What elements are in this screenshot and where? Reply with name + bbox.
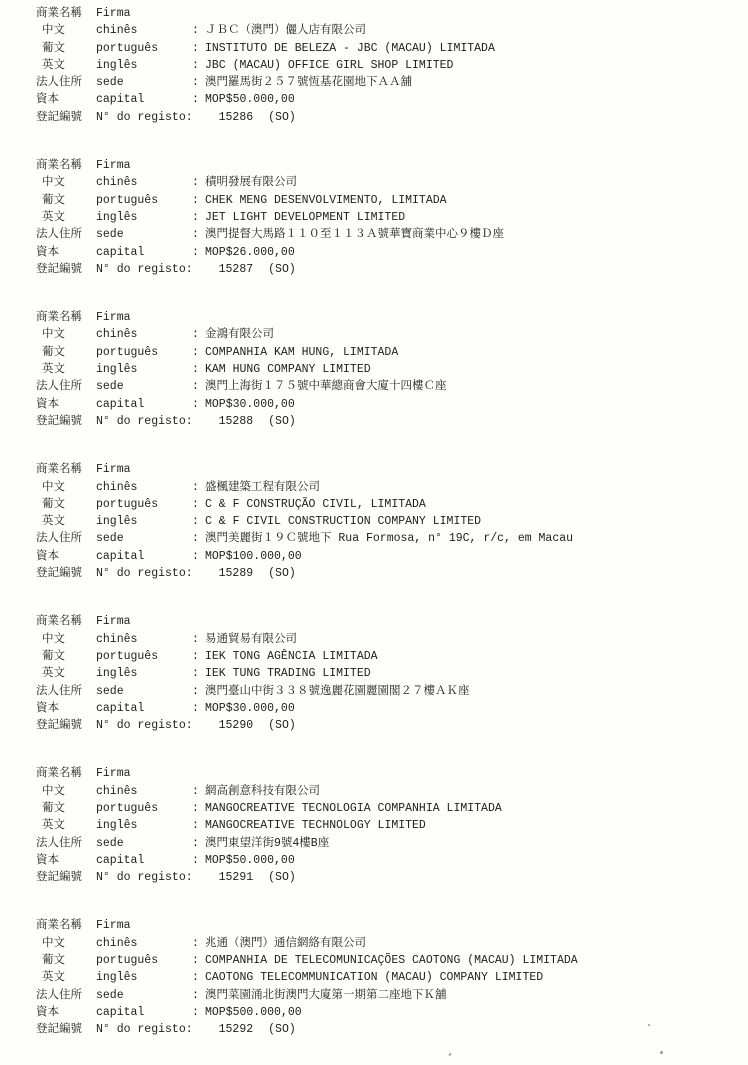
label-portuguese-zh: 葡文 bbox=[36, 344, 96, 361]
label-capital-pt: capital bbox=[96, 548, 192, 565]
label-english-zh: 英文 bbox=[36, 57, 96, 74]
label-english-zh: 英文 bbox=[36, 209, 96, 226]
registration-number-row: 登記編號 N° do registo: 15286 (SO) bbox=[36, 109, 748, 126]
registration-number-row: 登記編號 N° do registo: 15290 (SO) bbox=[36, 717, 748, 734]
colon: : bbox=[192, 631, 205, 648]
label-address-zh: 法人住所 bbox=[36, 74, 96, 91]
label-capital-zh: 資本 bbox=[36, 1004, 96, 1021]
english-name-row: 英文 inglês : IEK TUNG TRADING LIMITED bbox=[36, 665, 748, 682]
label-registration-pt: N° do registo: bbox=[96, 717, 193, 734]
registration-suffix: (SO) bbox=[268, 413, 296, 430]
company-registration-entry: 商業名稱 Firma 中文 chinês : ＪＢＣ（澳門）儷人店有限公司 葡文… bbox=[36, 5, 748, 126]
label-address-pt: sede bbox=[96, 987, 192, 1004]
chinese-name-value: 金鴻有限公司 bbox=[205, 326, 748, 343]
label-english-pt: inglês bbox=[96, 361, 192, 378]
chinese-name-value: 網高創意科技有限公司 bbox=[205, 783, 748, 800]
label-chinese-zh: 中文 bbox=[36, 935, 96, 952]
chinese-name-row: 中文 chinês : 兆通（澳門）通信網絡有限公司 bbox=[36, 935, 748, 952]
label-chinese-zh: 中文 bbox=[36, 631, 96, 648]
label-business-name-zh: 商業名稱 bbox=[36, 5, 96, 22]
capital-value: MOP$30.000,00 bbox=[205, 396, 748, 413]
registration-number-value: 15289 bbox=[219, 565, 254, 582]
label-english-zh: 英文 bbox=[36, 513, 96, 530]
registered-address-row: 法人住所 sede : 澳門東望洋街9號4樓B座 bbox=[36, 835, 748, 852]
colon: : bbox=[192, 396, 205, 413]
label-portuguese-zh: 葡文 bbox=[36, 800, 96, 817]
registered-address-value: 澳門美麗街１９Ｃ號地下 Rua Formosa, n° 19C, r/c, em… bbox=[205, 530, 748, 547]
label-capital-zh: 資本 bbox=[36, 244, 96, 261]
label-address-zh: 法人住所 bbox=[36, 530, 96, 547]
registry-entries: 商業名稱 Firma 中文 chinês : ＪＢＣ（澳門）儷人店有限公司 葡文… bbox=[36, 5, 748, 1039]
colon: : bbox=[192, 935, 205, 952]
chinese-name-row: 中文 chinês : 盛楓建築工程有限公司 bbox=[36, 479, 748, 496]
label-registration-zh: 登記編號 bbox=[36, 565, 96, 582]
registration-number-value: 15286 bbox=[219, 109, 254, 126]
scan-artifact bbox=[448, 1053, 451, 1057]
english-name-row: 英文 inglês : JBC (MACAU) OFFICE GIRL SHOP… bbox=[36, 57, 748, 74]
registration-suffix: (SO) bbox=[268, 1021, 296, 1038]
registered-address-row: 法人住所 sede : 澳門美麗街１９Ｃ號地下 Rua Formosa, n° … bbox=[36, 530, 748, 547]
label-address-zh: 法人住所 bbox=[36, 683, 96, 700]
english-name-value: IEK TUNG TRADING LIMITED bbox=[205, 665, 748, 682]
chinese-name-row: 中文 chinês : 易通貿易有限公司 bbox=[36, 631, 748, 648]
label-chinese-pt: chinês bbox=[96, 479, 192, 496]
chinese-name-row: 中文 chinês : 積明發展有限公司 bbox=[36, 174, 748, 191]
registration-number-row: 登記編號 N° do registo: 15287 (SO) bbox=[36, 261, 748, 278]
label-portuguese-zh: 葡文 bbox=[36, 648, 96, 665]
label-business-name-zh: 商業名稱 bbox=[36, 461, 96, 478]
label-english-pt: inglês bbox=[96, 513, 192, 530]
colon: : bbox=[192, 57, 205, 74]
registration-suffix: (SO) bbox=[268, 717, 296, 734]
label-chinese-zh: 中文 bbox=[36, 783, 96, 800]
registration-suffix: (SO) bbox=[268, 565, 296, 582]
label-address-pt: sede bbox=[96, 74, 192, 91]
label-business-name-pt: Firma bbox=[96, 157, 192, 174]
capital-value: MOP$50.000,00 bbox=[205, 91, 748, 108]
english-name-row: 英文 inglês : JET LIGHT DEVELOPMENT LIMITE… bbox=[36, 209, 748, 226]
label-registration-zh: 登記編號 bbox=[36, 261, 96, 278]
portuguese-name-value: IEK TONG AGÊNCIA LIMITADA bbox=[205, 648, 748, 665]
label-capital-pt: capital bbox=[96, 700, 192, 717]
chinese-name-value: 盛楓建築工程有限公司 bbox=[205, 479, 748, 496]
portuguese-name-value: CHEK MENG DESENVOLVIMENTO, LIMITADA bbox=[205, 192, 748, 209]
colon: : bbox=[192, 74, 205, 91]
portuguese-name-row: 葡文 português : C & F CONSTRUÇÃO CIVIL, L… bbox=[36, 496, 748, 513]
label-english-pt: inglês bbox=[96, 665, 192, 682]
colon: : bbox=[192, 513, 205, 530]
label-registration-pt: N° do registo: bbox=[96, 261, 193, 278]
capital-row: 資本 capital : MOP$50.000,00 bbox=[36, 852, 748, 869]
registered-address-value: 澳門羅馬街２５７號恆基花園地下ＡＡ舖 bbox=[205, 74, 748, 91]
portuguese-name-row: 葡文 português : IEK TONG AGÊNCIA LIMITADA bbox=[36, 648, 748, 665]
registration-number-row: 登記編號 N° do registo: 15289 (SO) bbox=[36, 565, 748, 582]
label-address-pt: sede bbox=[96, 530, 192, 547]
colon: : bbox=[192, 326, 205, 343]
company-registration-entry: 商業名稱 Firma 中文 chinês : 易通貿易有限公司 葡文 portu… bbox=[36, 613, 748, 734]
colon: : bbox=[192, 344, 205, 361]
registration-suffix: (SO) bbox=[268, 109, 296, 126]
label-chinese-zh: 中文 bbox=[36, 174, 96, 191]
registration-suffix: (SO) bbox=[268, 261, 296, 278]
capital-value: MOP$500.000,00 bbox=[205, 1004, 748, 1021]
registered-address-row: 法人住所 sede : 澳門上海街１７５號中華總商會大廈十四樓Ｃ座 bbox=[36, 378, 748, 395]
capital-value: MOP$26.000,00 bbox=[205, 244, 748, 261]
colon: : bbox=[192, 987, 205, 1004]
english-name-value: JBC (MACAU) OFFICE GIRL SHOP LIMITED bbox=[205, 57, 748, 74]
label-registration-pt: N° do registo: bbox=[96, 1021, 193, 1038]
capital-value: MOP$50.000,00 bbox=[205, 852, 748, 869]
colon: : bbox=[192, 683, 205, 700]
colon: : bbox=[192, 1004, 205, 1021]
label-capital-pt: capital bbox=[96, 91, 192, 108]
scan-artifact bbox=[648, 1024, 650, 1026]
english-name-value: C & F CIVIL CONSTRUCTION COMPANY LIMITED bbox=[205, 513, 748, 530]
colon: : bbox=[192, 700, 205, 717]
label-portuguese-pt: português bbox=[96, 344, 192, 361]
firma-row: 商業名稱 Firma bbox=[36, 613, 748, 630]
label-portuguese-zh: 葡文 bbox=[36, 496, 96, 513]
registration-number-value: 15288 bbox=[219, 413, 254, 430]
label-registration-pt: N° do registo: bbox=[96, 413, 193, 430]
registration-number-value: 15292 bbox=[219, 1021, 254, 1038]
label-registration-zh: 登記編號 bbox=[36, 109, 96, 126]
label-chinese-pt: chinês bbox=[96, 22, 192, 39]
registration-number-value: 15287 bbox=[219, 261, 254, 278]
registration-number-value: 15291 bbox=[219, 869, 254, 886]
colon: : bbox=[192, 648, 205, 665]
registered-address-value: 澳門東望洋街9號4樓B座 bbox=[205, 835, 748, 852]
label-capital-pt: capital bbox=[96, 396, 192, 413]
label-address-pt: sede bbox=[96, 378, 192, 395]
label-portuguese-pt: português bbox=[96, 40, 192, 57]
firma-row: 商業名稱 Firma bbox=[36, 917, 748, 934]
colon: : bbox=[192, 361, 205, 378]
capital-row: 資本 capital : MOP$100.000,00 bbox=[36, 548, 748, 565]
registration-suffix: (SO) bbox=[268, 869, 296, 886]
colon: : bbox=[192, 852, 205, 869]
label-portuguese-pt: português bbox=[96, 192, 192, 209]
colon: : bbox=[192, 378, 205, 395]
firma-row: 商業名稱 Firma bbox=[36, 765, 748, 782]
scan-artifact bbox=[660, 1051, 663, 1054]
label-capital-zh: 資本 bbox=[36, 548, 96, 565]
registered-address-value: 澳門提督大馬路１１０至１１３Ａ號華寶商業中心９樓Ｄ座 bbox=[205, 226, 748, 243]
registered-address-value: 澳門上海街１７５號中華總商會大廈十四樓Ｃ座 bbox=[205, 378, 748, 395]
english-name-row: 英文 inglês : MANGOCREATIVE TECHNOLOGY LIM… bbox=[36, 817, 748, 834]
label-portuguese-pt: português bbox=[96, 952, 192, 969]
capital-value: MOP$100.000,00 bbox=[205, 548, 748, 565]
label-english-zh: 英文 bbox=[36, 969, 96, 986]
colon: : bbox=[192, 530, 205, 547]
label-chinese-zh: 中文 bbox=[36, 479, 96, 496]
english-name-row: 英文 inglês : KAM HUNG COMPANY LIMITED bbox=[36, 361, 748, 378]
company-registration-entry: 商業名稱 Firma 中文 chinês : 盛楓建築工程有限公司 葡文 por… bbox=[36, 461, 748, 582]
label-registration-zh: 登記編號 bbox=[36, 413, 96, 430]
colon: : bbox=[192, 969, 205, 986]
label-capital-zh: 資本 bbox=[36, 700, 96, 717]
registration-number-row: 登記編號 N° do registo: 15288 (SO) bbox=[36, 413, 748, 430]
label-chinese-zh: 中文 bbox=[36, 326, 96, 343]
label-business-name-zh: 商業名稱 bbox=[36, 917, 96, 934]
chinese-name-row: 中文 chinês : 金鴻有限公司 bbox=[36, 326, 748, 343]
label-english-zh: 英文 bbox=[36, 817, 96, 834]
label-english-pt: inglês bbox=[96, 969, 192, 986]
registered-address-row: 法人住所 sede : 澳門菜園涌北街澳門大廈第一期第二座地下Ｋ舖 bbox=[36, 987, 748, 1004]
colon: : bbox=[192, 548, 205, 565]
portuguese-name-value: MANGOCREATIVE TECNOLOGIA COMPANHIA LIMIT… bbox=[205, 800, 748, 817]
portuguese-name-row: 葡文 português : INSTITUTO DE BELEZA - JBC… bbox=[36, 40, 748, 57]
firma-row: 商業名稱 Firma bbox=[36, 309, 748, 326]
company-registration-entry: 商業名稱 Firma 中文 chinês : 金鴻有限公司 葡文 portugu… bbox=[36, 309, 748, 430]
capital-row: 資本 capital : MOP$30.000,00 bbox=[36, 396, 748, 413]
gazette-registry-page: 商業名稱 Firma 中文 chinês : ＪＢＣ（澳門）儷人店有限公司 葡文… bbox=[0, 0, 748, 1065]
portuguese-name-value: C & F CONSTRUÇÃO CIVIL, LIMITADA bbox=[205, 496, 748, 513]
label-capital-zh: 資本 bbox=[36, 91, 96, 108]
label-registration-zh: 登記編號 bbox=[36, 1021, 96, 1038]
english-name-value: KAM HUNG COMPANY LIMITED bbox=[205, 361, 748, 378]
label-registration-zh: 登記編號 bbox=[36, 869, 96, 886]
label-business-name-pt: Firma bbox=[96, 461, 192, 478]
chinese-name-value: 積明發展有限公司 bbox=[205, 174, 748, 191]
portuguese-name-value: COMPANHIA KAM HUNG, LIMITADA bbox=[205, 344, 748, 361]
registration-number-row: 登記編號 N° do registo: 15291 (SO) bbox=[36, 869, 748, 886]
label-portuguese-zh: 葡文 bbox=[36, 952, 96, 969]
label-business-name-zh: 商業名稱 bbox=[36, 309, 96, 326]
registered-address-row: 法人住所 sede : 澳門提督大馬路１１０至１１３Ａ號華寶商業中心９樓Ｄ座 bbox=[36, 226, 748, 243]
capital-row: 資本 capital : MOP$500.000,00 bbox=[36, 1004, 748, 1021]
label-registration-zh: 登記編號 bbox=[36, 717, 96, 734]
label-portuguese-pt: português bbox=[96, 496, 192, 513]
label-english-zh: 英文 bbox=[36, 361, 96, 378]
colon: : bbox=[192, 952, 205, 969]
colon: : bbox=[192, 192, 205, 209]
label-chinese-zh: 中文 bbox=[36, 22, 96, 39]
capital-row: 資本 capital : MOP$26.000,00 bbox=[36, 244, 748, 261]
label-portuguese-pt: português bbox=[96, 648, 192, 665]
colon: : bbox=[192, 496, 205, 513]
colon: : bbox=[192, 226, 205, 243]
label-registration-pt: N° do registo: bbox=[96, 869, 193, 886]
label-capital-pt: capital bbox=[96, 244, 192, 261]
label-business-name-zh: 商業名稱 bbox=[36, 157, 96, 174]
label-capital-zh: 資本 bbox=[36, 396, 96, 413]
label-business-name-pt: Firma bbox=[96, 613, 192, 630]
label-portuguese-pt: português bbox=[96, 800, 192, 817]
label-registration-pt: N° do registo: bbox=[96, 109, 193, 126]
label-address-zh: 法人住所 bbox=[36, 835, 96, 852]
english-name-row: 英文 inglês : CAOTONG TELECOMMUNICATION (M… bbox=[36, 969, 748, 986]
chinese-name-value: 兆通（澳門）通信網絡有限公司 bbox=[205, 935, 748, 952]
company-registration-entry: 商業名稱 Firma 中文 chinês : 兆通（澳門）通信網絡有限公司 葡文… bbox=[36, 917, 748, 1038]
label-capital-zh: 資本 bbox=[36, 852, 96, 869]
colon: : bbox=[192, 209, 205, 226]
registered-address-value: 澳門臺山中街３３８號逸麗花園麗園閣２７樓ＡＫ座 bbox=[205, 683, 748, 700]
english-name-value: MANGOCREATIVE TECHNOLOGY LIMITED bbox=[205, 817, 748, 834]
portuguese-name-row: 葡文 português : COMPANHIA DE TELECOMUNICA… bbox=[36, 952, 748, 969]
colon: : bbox=[192, 783, 205, 800]
colon: : bbox=[192, 800, 205, 817]
chinese-name-value: ＪＢＣ（澳門）儷人店有限公司 bbox=[205, 22, 748, 39]
label-business-name-zh: 商業名稱 bbox=[36, 765, 96, 782]
label-address-zh: 法人住所 bbox=[36, 226, 96, 243]
portuguese-name-row: 葡文 português : COMPANHIA KAM HUNG, LIMIT… bbox=[36, 344, 748, 361]
chinese-name-row: 中文 chinês : ＪＢＣ（澳門）儷人店有限公司 bbox=[36, 22, 748, 39]
colon: : bbox=[192, 479, 205, 496]
label-business-name-pt: Firma bbox=[96, 765, 192, 782]
chinese-name-row: 中文 chinês : 網高創意科技有限公司 bbox=[36, 783, 748, 800]
company-registration-entry: 商業名稱 Firma 中文 chinês : 積明發展有限公司 葡文 portu… bbox=[36, 157, 748, 278]
company-registration-entry: 商業名稱 Firma 中文 chinês : 網高創意科技有限公司 葡文 por… bbox=[36, 765, 748, 886]
registered-address-value: 澳門菜園涌北街澳門大廈第一期第二座地下Ｋ舖 bbox=[205, 987, 748, 1004]
label-chinese-pt: chinês bbox=[96, 326, 192, 343]
label-business-name-pt: Firma bbox=[96, 309, 192, 326]
colon: : bbox=[192, 40, 205, 57]
label-business-name-pt: Firma bbox=[96, 917, 192, 934]
colon: : bbox=[192, 835, 205, 852]
label-english-pt: inglês bbox=[96, 817, 192, 834]
label-address-pt: sede bbox=[96, 226, 192, 243]
registration-number-value: 15290 bbox=[219, 717, 254, 734]
portuguese-name-value: COMPANHIA DE TELECOMUNICAÇÕES CAOTONG (M… bbox=[205, 952, 748, 969]
label-address-zh: 法人住所 bbox=[36, 987, 96, 1004]
label-capital-pt: capital bbox=[96, 1004, 192, 1021]
label-business-name-zh: 商業名稱 bbox=[36, 613, 96, 630]
english-name-value: JET LIGHT DEVELOPMENT LIMITED bbox=[205, 209, 748, 226]
firma-row: 商業名稱 Firma bbox=[36, 461, 748, 478]
label-address-zh: 法人住所 bbox=[36, 378, 96, 395]
portuguese-name-value: INSTITUTO DE BELEZA - JBC (MACAU) LIMITA… bbox=[205, 40, 748, 57]
registered-address-row: 法人住所 sede : 澳門羅馬街２５７號恆基花園地下ＡＡ舖 bbox=[36, 74, 748, 91]
colon: : bbox=[192, 244, 205, 261]
english-name-value: CAOTONG TELECOMMUNICATION (MACAU) COMPAN… bbox=[205, 969, 748, 986]
label-chinese-pt: chinês bbox=[96, 174, 192, 191]
firma-row: 商業名稱 Firma bbox=[36, 5, 748, 22]
label-chinese-pt: chinês bbox=[96, 631, 192, 648]
label-portuguese-zh: 葡文 bbox=[36, 192, 96, 209]
chinese-name-value: 易通貿易有限公司 bbox=[205, 631, 748, 648]
label-chinese-pt: chinês bbox=[96, 935, 192, 952]
label-portuguese-zh: 葡文 bbox=[36, 40, 96, 57]
label-address-pt: sede bbox=[96, 835, 192, 852]
colon: : bbox=[192, 174, 205, 191]
registered-address-row: 法人住所 sede : 澳門臺山中街３３８號逸麗花園麗園閣２７樓ＡＫ座 bbox=[36, 683, 748, 700]
english-name-row: 英文 inglês : C & F CIVIL CONSTRUCTION COM… bbox=[36, 513, 748, 530]
portuguese-name-row: 葡文 português : MANGOCREATIVE TECNOLOGIA … bbox=[36, 800, 748, 817]
label-english-pt: inglês bbox=[96, 209, 192, 226]
label-capital-pt: capital bbox=[96, 852, 192, 869]
label-english-pt: inglês bbox=[96, 57, 192, 74]
portuguese-name-row: 葡文 português : CHEK MENG DESENVOLVIMENTO… bbox=[36, 192, 748, 209]
colon: : bbox=[192, 91, 205, 108]
capital-row: 資本 capital : MOP$50.000,00 bbox=[36, 91, 748, 108]
capital-value: MOP$30.000,00 bbox=[205, 700, 748, 717]
colon: : bbox=[192, 665, 205, 682]
firma-row: 商業名稱 Firma bbox=[36, 157, 748, 174]
colon: : bbox=[192, 817, 205, 834]
capital-row: 資本 capital : MOP$30.000,00 bbox=[36, 700, 748, 717]
label-chinese-pt: chinês bbox=[96, 783, 192, 800]
label-address-pt: sede bbox=[96, 683, 192, 700]
label-registration-pt: N° do registo: bbox=[96, 565, 193, 582]
colon: : bbox=[192, 22, 205, 39]
label-english-zh: 英文 bbox=[36, 665, 96, 682]
registration-number-row: 登記編號 N° do registo: 15292 (SO) bbox=[36, 1021, 748, 1038]
label-business-name-pt: Firma bbox=[96, 5, 192, 22]
